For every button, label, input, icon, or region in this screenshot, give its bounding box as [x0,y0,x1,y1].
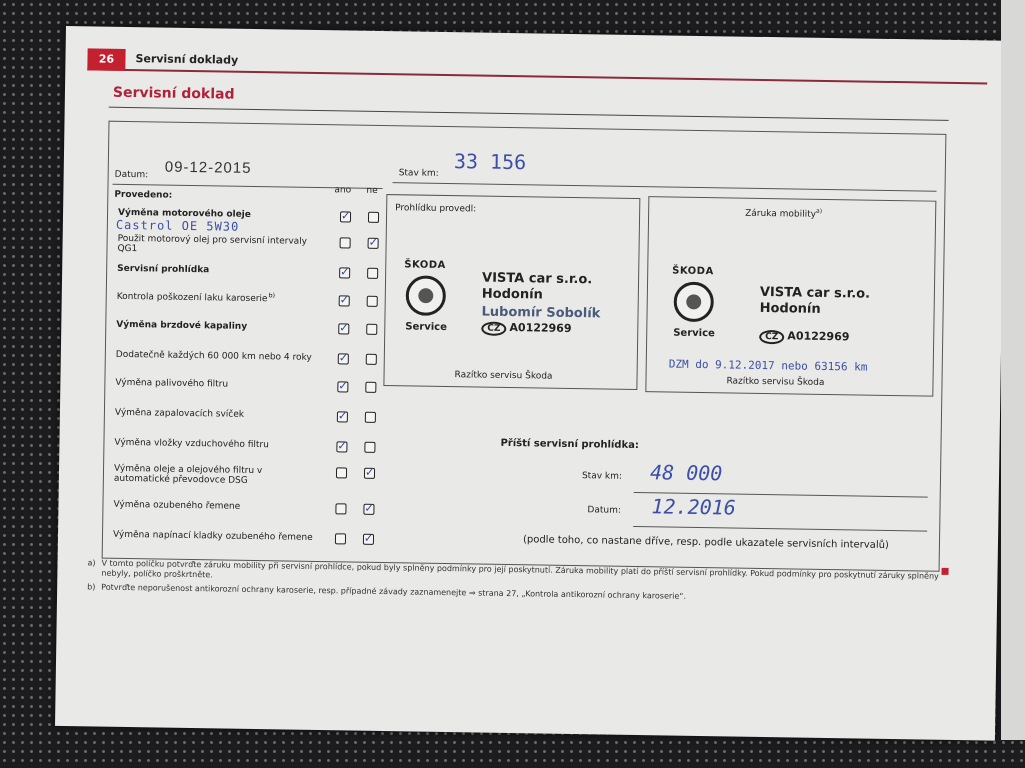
cz-badge: CZ [759,330,784,344]
divider [109,107,949,121]
skoda-logo-icon [405,275,446,316]
checklist-row: Výměna zapalovacích svíček✓ [115,408,415,413]
mobility-heading-text: Záruka mobility [745,209,816,220]
checklist-item-label: Výměna vložky vzduchového filtru [114,438,314,451]
skoda-logo-icon [673,282,714,323]
section-title: Servisní doklady [135,52,238,67]
checklist-row: Výměna brzdové kapaliny✓ [116,320,416,325]
dealer-city: Hodonín [482,287,543,303]
next-date-label: Datum: [587,505,621,516]
checkbox-ne[interactable] [367,296,378,307]
odometer-value[interactable]: 33 156 [454,149,527,174]
checkbox-ano[interactable]: ✓ [338,323,349,334]
checkbox-ano[interactable]: ✓ [337,411,348,422]
checkbox-ano[interactable] [335,533,346,544]
checkbox-ano[interactable] [336,467,347,478]
checkbox-ne[interactable] [365,382,376,393]
booklet-edge [1001,0,1025,740]
dealer-name: VISTA car s.r.o. [760,285,870,302]
checkbox-ano[interactable]: ✓ [339,267,350,278]
checkbox-ne[interactable] [366,324,377,335]
checkbox-ano[interactable]: ✓ [340,211,351,222]
next-service-title: Příští servisní prohlídka: [500,438,639,451]
dealer-id-text: A0122969 [509,321,571,335]
checklist-item-label: Výměna ozubeného řemene [113,500,313,513]
checkbox-ne[interactable] [364,442,375,453]
page-number: 26 [87,48,125,71]
dealer-city: Hodonín [760,301,821,317]
checkbox-ne[interactable] [368,212,379,223]
checkbox-ano[interactable]: ✓ [339,295,350,306]
dealer-id-text: A0122969 [787,329,849,343]
checkbox-ne[interactable]: ✓ [363,504,374,515]
mobility-heading: Záruka mobilitya) [745,207,822,220]
checklist-row: Výměna ozubeného řemene✓ [114,500,414,505]
checklist-item-label: Výměna napínací kladky ozubeného řemene [113,530,313,543]
stamp-caption: Razítko servisu Škoda [726,376,824,388]
checklist: Výměna motorového oleje✓Použit motorový … [110,122,946,135]
dealer-id: CZA0122969 [481,321,571,337]
dealer-id: CZA0122969 [759,329,849,345]
checkbox-ano[interactable] [340,237,351,248]
mobility-guarantee-box: Záruka mobilitya) ŠKODA Service VISTA ca… [645,196,936,396]
stamp-caption: Razítko servisu Škoda [454,370,552,382]
checkbox-ne[interactable] [367,268,378,279]
handwritten-oil-type: Castrol OE 5W30 [116,218,240,234]
dealer-name: VISTA car s.r.o. [482,271,592,288]
checkbox-ano[interactable]: ✓ [336,441,347,452]
handwritten-mobility-note: DZM do 9.12.2017 nebo 63156 km [669,358,868,374]
checkbox-ano[interactable]: ✓ [337,381,348,392]
footnote-a-mark: a) [87,558,95,567]
checkbox-ano[interactable] [335,503,346,514]
date-label: Datum: [115,170,149,181]
checkbox-ano[interactable]: ✓ [338,353,349,364]
checklist-row: Použit motorový olej pro servisní interv… [118,234,418,239]
checklist-item-label: Použit motorový olej pro servisní interv… [117,234,317,257]
column-no: ne [366,186,377,196]
column-yes: ano [334,185,351,195]
checklist-row: Výměna napínací kladky ozubeného řemene✓ [113,530,413,535]
skoda-wordmark: ŠKODA [672,266,714,278]
checkbox-ne[interactable] [365,412,376,423]
odometer-label: Stav km: [399,168,439,179]
next-odometer-label: Stav km: [582,471,622,482]
page-header: 26 Servisní doklady [87,48,987,84]
performed-label: Provedeno: [114,190,172,201]
checklist-item-label: Výměna oleje a olejového filtru v automa… [114,464,314,487]
checklist-item-label: Kontrola poškození laku karoserie [117,292,317,305]
checklist-row: Výměna vložky vzduchového filtru✓ [115,438,415,443]
next-date-value[interactable]: 12.2016 [651,494,736,519]
footnote-ref-b: b) [269,292,275,299]
checklist-row: Kontrola poškození laku karoserieb)✓ [117,292,417,297]
end-marker [941,568,948,575]
checkbox-ne[interactable]: ✓ [368,238,379,249]
technician-stamp: Lubomír Sobolík [481,305,600,322]
checklist-row: Dodatečně každých 60 000 km nebo 4 roky✓ [116,350,416,355]
service-stamp-box: Prohlídku provedl: ŠKODA Service VISTA c… [383,194,640,390]
footnote-b-mark: b) [87,582,95,591]
checkbox-ne[interactable] [366,354,377,365]
date-value[interactable]: 09-12-2015 [165,159,252,177]
checkbox-ne[interactable]: ✓ [363,534,374,545]
checklist-item-label: Výměna palivového filtru [115,378,315,391]
service-label: Service [405,321,447,333]
stamp-heading: Prohlídku provedl: [395,203,476,214]
skoda-wordmark: ŠKODA [404,259,446,271]
form-title: Servisní doklad [113,85,235,103]
next-odometer-value[interactable]: 48 000 [650,460,723,485]
checklist-item-label: Servisní prohlídka [117,264,317,277]
next-service-note: (podle toho, co nastane dříve, resp. pod… [523,534,889,551]
footnote-ref-a: a) [816,208,822,215]
checklist-row: Výměna motorového oleje✓ [118,208,418,213]
checklist-item-label: Dodatečně každých 60 000 km nebo 4 roky [116,350,316,363]
service-record-form: Datum: 09-12-2015 Stav km: 33 156 Proved… [102,121,947,572]
checklist-row: Servisní prohlídka✓ [117,264,417,269]
checklist-row: Výměna palivového filtru✓ [115,378,415,383]
odometer-line [393,182,937,192]
cz-badge: CZ [481,322,506,336]
checkbox-ne[interactable]: ✓ [364,468,375,479]
service-label: Service [673,328,715,340]
next-date-line [633,526,927,532]
service-booklet-page: 26 Servisní doklady Servisní doklad Datu… [55,26,1006,741]
checklist-item-label: Výměna brzdové kapaliny [116,320,316,333]
checklist-row: Výměna oleje a olejového filtru v automa… [114,464,414,469]
checklist-item-label: Výměna zapalovacích svíček [115,408,315,421]
